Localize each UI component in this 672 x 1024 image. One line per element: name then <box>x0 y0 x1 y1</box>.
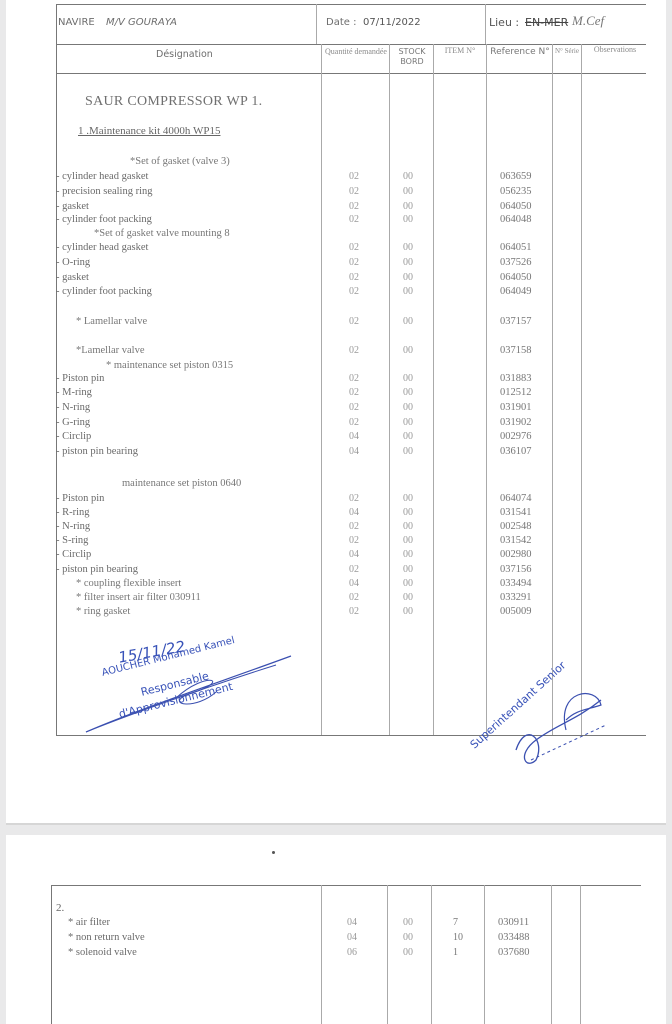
item-description: - M-ring <box>56 387 92 399</box>
superintendant-signature-icon <box>506 680 616 770</box>
stock-cell: 00 <box>403 578 413 589</box>
lieu-value: EN-MER <box>525 16 568 29</box>
col-divider <box>484 885 485 1024</box>
reference-cell: 037157 <box>500 316 532 327</box>
item-description: - S-ring <box>56 535 88 547</box>
reference-cell: 005009 <box>500 606 532 617</box>
column-header-separator <box>56 73 646 74</box>
item-description: * air filter <box>68 917 110 929</box>
stock-cell: 00 <box>403 387 413 398</box>
col-header-designation: Désignation <box>156 49 213 60</box>
stock-cell: 00 <box>403 373 413 384</box>
item-description: - N-ring <box>56 521 90 533</box>
item-description: - Piston pin <box>56 373 104 385</box>
col-divider <box>387 885 388 1024</box>
stock-cell: 00 <box>403 549 413 560</box>
stock-cell: 00 <box>403 417 413 428</box>
item-description: - cylinder foot packing <box>56 286 152 298</box>
table-left-border <box>56 4 57 735</box>
stock-cell: 00 <box>403 493 413 504</box>
quantity-cell: 02 <box>349 564 359 575</box>
quantity-cell: 02 <box>349 402 359 413</box>
stock-cell: 00 <box>403 272 413 283</box>
col-divider <box>389 44 390 735</box>
quantity-cell: 04 <box>349 578 359 589</box>
reference-cell: 064051 <box>500 242 532 253</box>
header-divider <box>485 4 486 44</box>
item-description: - gasket <box>56 272 89 284</box>
stock-cell: 00 <box>403 521 413 532</box>
stock-cell: 00 <box>403 535 413 546</box>
stock-cell: 00 <box>403 171 413 182</box>
col-divider <box>581 44 582 735</box>
col-header-item: ITEM N° <box>435 46 485 56</box>
quantity-cell: 02 <box>349 535 359 546</box>
section-title: SAUR COMPRESSOR WP 1. <box>85 94 262 110</box>
item-description: * filter insert air filter 030911 <box>76 592 201 604</box>
item-description: - cylinder head gasket <box>56 171 148 183</box>
quantity-cell: 04 <box>349 549 359 560</box>
quantity-cell: 02 <box>349 186 359 197</box>
stock-cell: 00 <box>403 431 413 442</box>
item-description: - R-ring <box>56 507 90 519</box>
item-description: - piston pin bearing <box>56 446 138 458</box>
quantity-cell: 02 <box>349 345 359 356</box>
table-top-border <box>51 885 641 886</box>
col-divider <box>486 44 487 735</box>
stock-cell: 00 <box>403 947 413 958</box>
quantity-cell: 02 <box>349 606 359 617</box>
document-page-1: NAVIRE M/V GOURAYA Date : 07/11/2022 Lie… <box>6 0 666 825</box>
quantity-cell: 04 <box>349 446 359 457</box>
reference-cell: 031542 <box>500 535 532 546</box>
reference-cell: 031541 <box>500 507 532 518</box>
stock-cell: 00 <box>403 242 413 253</box>
date-value: 07/11/2022 <box>363 17 421 28</box>
col-divider <box>551 885 552 1024</box>
col-divider <box>552 44 553 735</box>
stock-cell: 00 <box>403 345 413 356</box>
col-divider <box>321 885 322 1024</box>
reference-cell: 031902 <box>500 417 532 428</box>
item-description: - Circlip <box>56 431 91 443</box>
reference-cell: 002980 <box>500 549 532 560</box>
section-number: 2. <box>56 902 64 914</box>
item-description: * solenoid valve <box>68 947 137 959</box>
item-number-cell: 1 <box>453 947 458 958</box>
item-description: maintenance set piston 0640 <box>122 478 241 490</box>
reference-cell: 033291 <box>500 592 532 603</box>
reference-cell: 037526 <box>500 257 532 268</box>
quantity-cell: 02 <box>349 417 359 428</box>
reference-cell: 033494 <box>500 578 532 589</box>
item-description: * Lamellar valve <box>76 316 147 328</box>
stock-cell: 00 <box>403 564 413 575</box>
reference-cell: 031883 <box>500 373 532 384</box>
reference-cell: 033488 <box>498 932 530 943</box>
quantity-cell: 02 <box>349 387 359 398</box>
reference-cell: 064049 <box>500 286 532 297</box>
quantity-cell: 06 <box>347 947 357 958</box>
reference-cell: 064050 <box>500 201 532 212</box>
item-description: * non return valve <box>68 932 145 944</box>
col-header-observations: Observations <box>584 45 646 55</box>
quantity-cell: 02 <box>349 257 359 268</box>
lieu-handwritten: M.Cef <box>572 13 604 29</box>
reference-cell: 064050 <box>500 272 532 283</box>
stock-cell: 00 <box>403 606 413 617</box>
quantity-cell: 02 <box>349 592 359 603</box>
reference-cell: 056235 <box>500 186 532 197</box>
stock-cell: 00 <box>403 446 413 457</box>
stock-cell: 00 <box>403 932 413 943</box>
reference-cell: 030911 <box>498 917 529 928</box>
quantity-cell: 04 <box>347 932 357 943</box>
signature-scribble-icon <box>76 650 306 740</box>
col-divider <box>433 44 434 735</box>
stock-cell: 00 <box>403 286 413 297</box>
item-description: - Circlip <box>56 549 91 561</box>
reference-cell: 037156 <box>500 564 532 575</box>
item-description: *Set of gasket valve mounting 8 <box>94 228 230 240</box>
dot-mark <box>272 851 275 854</box>
reference-cell: 036107 <box>500 446 532 457</box>
reference-cell: 002548 <box>500 521 532 532</box>
reference-cell: 064074 <box>500 493 532 504</box>
col-divider <box>321 44 322 735</box>
quantity-cell: 02 <box>349 316 359 327</box>
quantity-cell: 02 <box>349 201 359 212</box>
kit-title: 1 .Maintenance kit 4000h WP15 <box>78 125 220 137</box>
date-label: Date : <box>326 17 356 28</box>
reference-cell: 037158 <box>500 345 532 356</box>
reference-cell: 064048 <box>500 214 532 225</box>
item-description: * maintenance set piston 0315 <box>106 360 233 372</box>
quantity-cell: 02 <box>349 493 359 504</box>
stock-cell: 00 <box>403 186 413 197</box>
stock-cell: 00 <box>403 402 413 413</box>
quantity-cell: 04 <box>349 431 359 442</box>
item-description: * coupling flexible insert <box>76 578 181 590</box>
col-divider <box>431 885 432 1024</box>
navire-label: NAVIRE <box>58 17 95 28</box>
stock-cell: 00 <box>403 214 413 225</box>
item-description: - Piston pin <box>56 493 104 505</box>
stock-cell: 00 <box>403 507 413 518</box>
reference-cell: 031901 <box>500 402 532 413</box>
col-header-serie: N° Série <box>554 46 580 56</box>
quantity-cell: 02 <box>349 286 359 297</box>
col-header-stock: STOCK BORD <box>392 47 432 67</box>
header-separator <box>56 44 646 45</box>
item-description: *Lamellar valve <box>76 345 145 357</box>
header-divider <box>316 4 317 44</box>
item-description: *Set of gasket (valve 3) <box>130 156 230 168</box>
item-description: - piston pin bearing <box>56 564 138 576</box>
quantity-cell: 02 <box>349 171 359 182</box>
item-description: * ring gasket <box>76 606 130 618</box>
reference-cell: 012512 <box>500 387 532 398</box>
reference-cell: 037680 <box>498 947 530 958</box>
stock-cell: 00 <box>403 917 413 928</box>
col-divider <box>580 885 581 1024</box>
item-description: - N-ring <box>56 402 90 414</box>
stock-cell: 00 <box>403 316 413 327</box>
table-top-border <box>56 4 646 5</box>
col-header-reference: Reference N° <box>489 47 551 57</box>
item-description: - G-ring <box>56 417 90 429</box>
item-number-cell: 7 <box>453 917 458 928</box>
navire-value: M/V GOURAYA <box>106 17 177 28</box>
col-header-quantite: Quantité demandée <box>324 47 388 57</box>
item-number-cell: 10 <box>453 932 463 943</box>
stock-cell: 00 <box>403 201 413 212</box>
quantity-cell: 02 <box>349 214 359 225</box>
item-description: - gasket <box>56 201 89 213</box>
stock-cell: 00 <box>403 592 413 603</box>
quantity-cell: 04 <box>347 917 357 928</box>
quantity-cell: 02 <box>349 521 359 532</box>
item-description: - precision sealing ring <box>56 186 153 198</box>
reference-cell: 063659 <box>500 171 532 182</box>
table-left-border <box>51 885 52 1024</box>
reference-cell: 002976 <box>500 431 532 442</box>
lieu-label: Lieu : <box>489 16 519 29</box>
quantity-cell: 02 <box>349 242 359 253</box>
item-description: - cylinder head gasket <box>56 242 148 254</box>
document-page-2: 2. * air filter04007030911* non return v… <box>6 835 666 1024</box>
item-description: - O-ring <box>56 257 90 269</box>
stock-cell: 00 <box>403 257 413 268</box>
quantity-cell: 04 <box>349 507 359 518</box>
item-description: - cylinder foot packing <box>56 214 152 226</box>
quantity-cell: 02 <box>349 272 359 283</box>
quantity-cell: 02 <box>349 373 359 384</box>
